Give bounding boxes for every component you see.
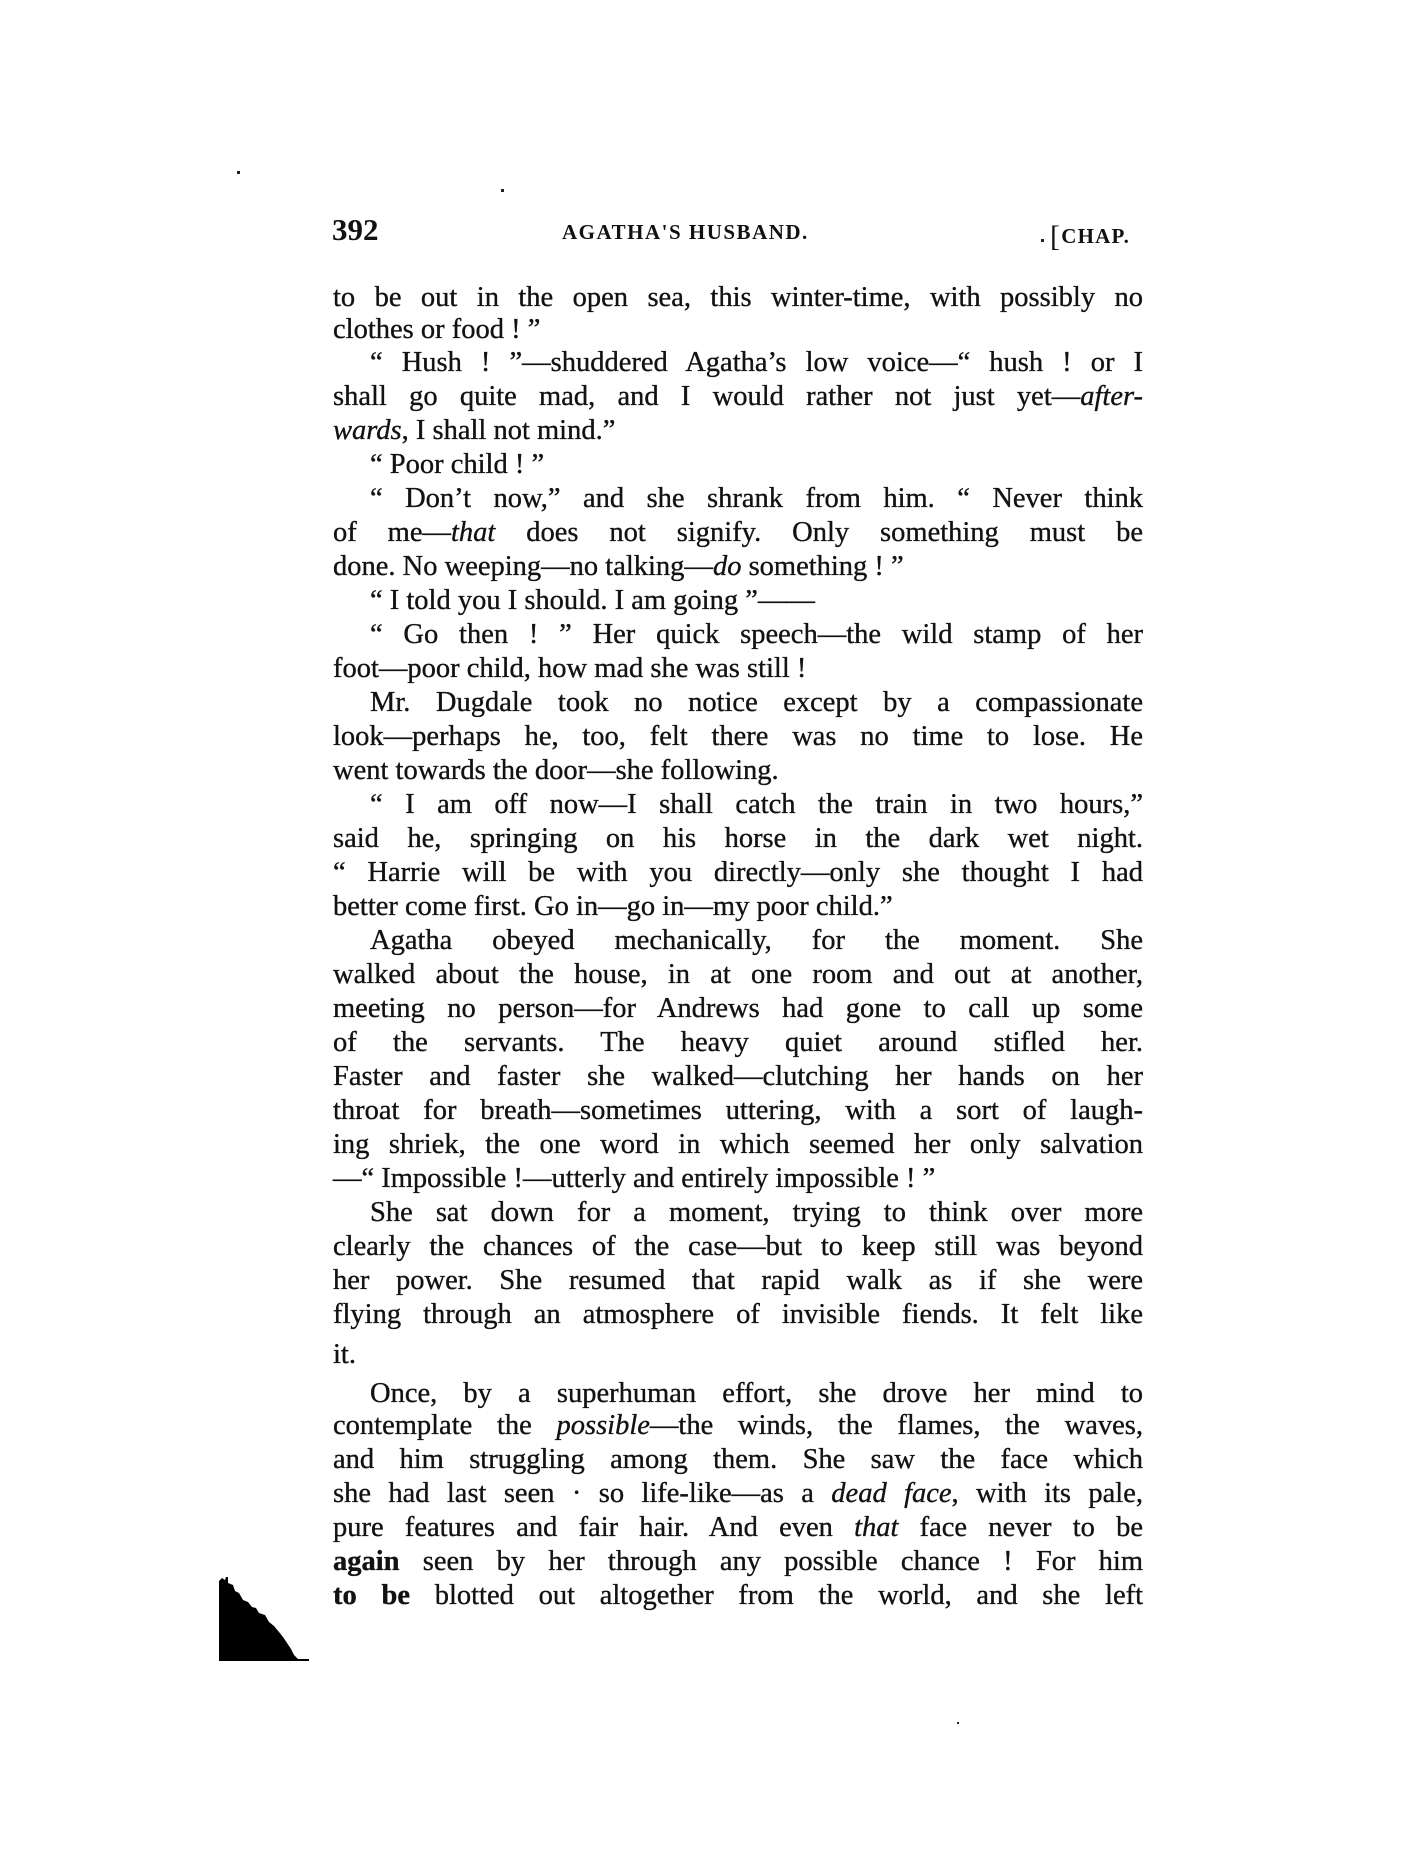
- text-line: throat for breath—sometimes uttering, wi…: [333, 1094, 1143, 1128]
- text-line: it.: [333, 1338, 1143, 1372]
- text-run: Faster and faster she walked—clutching h…: [333, 1061, 1143, 1092]
- text-run: foot—poor child, how mad she was still !: [333, 653, 806, 684]
- text-run: She sat down for a moment, trying to thi…: [370, 1197, 1143, 1228]
- text-line: Agatha obeyed mechanically, for the mome…: [370, 924, 1143, 958]
- text-run: , with its pale,: [952, 1478, 1143, 1509]
- text-run: said he, springing on his horse in the d…: [333, 823, 1143, 854]
- text-line: she had last seen · so life-like—as a de…: [333, 1477, 1143, 1511]
- text-run: pure features and fair hair. And even: [333, 1512, 854, 1543]
- text-run: done. No weeping—no talking—: [333, 551, 713, 582]
- text-line: meeting no person—for Andrews had gone t…: [333, 992, 1143, 1026]
- italic-run: after-: [1080, 381, 1143, 412]
- text-run: “ I am off now—I shall catch the train i…: [370, 789, 1143, 820]
- text-run: blotted out altogether from the world, a…: [410, 1580, 1143, 1611]
- text-run: —the winds, the flames, the waves,: [650, 1410, 1143, 1441]
- chapter-text: CHAP.: [1061, 224, 1130, 248]
- text-line: of me—that does not signify. Only someth…: [333, 516, 1143, 550]
- text-run: contemplate the: [333, 1410, 556, 1441]
- chapter-label: [CHAP.: [1050, 220, 1130, 254]
- italic-run: wards: [333, 415, 402, 446]
- text-run: “ Harrie will be with you directly—only …: [333, 857, 1143, 888]
- text-line: walked about the house, in at one room a…: [333, 958, 1143, 992]
- text-line: better come first. Go in—go in—my poor c…: [333, 890, 1143, 924]
- text-line: to be out in the open sea, this winter-t…: [333, 281, 1143, 315]
- text-line: “ Poor child ! ”: [370, 448, 1143, 482]
- text-run: her power. She resumed that rapid walk a…: [333, 1265, 1143, 1296]
- text-line: of the servants. The heavy quiet around …: [333, 1026, 1143, 1060]
- text-line: “ I told you I should. I am going ”——: [370, 584, 1143, 618]
- text-line: to be blotted out altogether from the wo…: [333, 1579, 1143, 1613]
- text-line: look—perhaps he, too, felt there was no …: [333, 720, 1143, 754]
- chapter-bracket: [: [1050, 220, 1061, 253]
- text-run: clothes or food ! ”: [333, 314, 540, 345]
- text-run: Mr. Dugdale took no notice except by a c…: [370, 687, 1143, 718]
- italic-run: dead face: [831, 1478, 951, 1509]
- running-title: AGATHA'S HUSBAND.: [562, 220, 809, 245]
- text-line: again seen by her through any possible c…: [333, 1545, 1143, 1579]
- text-run: face never to be: [898, 1512, 1143, 1543]
- text-line: foot—poor child, how mad she was still !: [333, 652, 1143, 686]
- text-run: clearly the chances of the case—but to k…: [333, 1231, 1143, 1262]
- text-run: “ I told you I should. I am going ”——: [370, 585, 815, 616]
- text-line: “ Hush ! ”—shuddered Agatha’s low voice—…: [370, 346, 1143, 380]
- bold-run: to be: [333, 1580, 410, 1611]
- text-line: and him struggling among them. She saw t…: [333, 1443, 1143, 1477]
- text-run: Agatha obeyed mechanically, for the mome…: [370, 925, 1143, 956]
- text-run: flying through an atmosphere of invisibl…: [333, 1299, 1143, 1330]
- text-run: better come first. Go in—go in—my poor c…: [333, 891, 893, 922]
- text-run: meeting no person—for Andrews had gone t…: [333, 993, 1143, 1024]
- text-line: shall go quite mad, and I would rather n…: [333, 380, 1143, 414]
- scan-speck: [237, 171, 240, 174]
- text-line: pure features and fair hair. And even th…: [333, 1511, 1143, 1545]
- italic-run: that: [451, 517, 495, 548]
- text-run: she had last seen · so life-like—as a: [333, 1478, 831, 1509]
- book-page: 392 AGATHA'S HUSBAND. [CHAP. to be out i…: [0, 0, 1401, 1851]
- scan-speck: [501, 189, 504, 192]
- text-line: “ Don’t now,” and she shrank from him. “…: [370, 482, 1143, 516]
- text-run: “ Don’t now,” and she shrank from him. “…: [370, 483, 1143, 514]
- text-line: “ Harrie will be with you directly—only …: [333, 856, 1143, 890]
- text-run: it.: [333, 1339, 356, 1370]
- text-run: look—perhaps he, too, felt there was no …: [333, 721, 1143, 752]
- text-line: said he, springing on his horse in the d…: [333, 822, 1143, 856]
- text-line: done. No weeping—no talking—do something…: [333, 550, 1143, 584]
- scan-speck: [1041, 239, 1044, 242]
- text-run: walked about the house, in at one room a…: [333, 959, 1143, 990]
- italic-run: do: [713, 551, 742, 582]
- italic-run: possible: [556, 1410, 649, 1441]
- text-line: flying through an atmosphere of invisibl…: [333, 1298, 1143, 1332]
- text-run: throat for breath—sometimes uttering, wi…: [333, 1095, 1143, 1126]
- text-line: contemplate the possible—the winds, the …: [333, 1409, 1143, 1443]
- scan-blot-mark: [219, 1577, 309, 1661]
- text-line: —“ Impossible !—utterly and entirely imp…: [333, 1162, 1143, 1196]
- text-run: ing shriek, the one word in which seemed…: [333, 1129, 1143, 1160]
- text-line: “ Go then ! ” Her quick speech—the wild …: [370, 618, 1143, 652]
- text-line: clothes or food ! ”: [333, 313, 1143, 347]
- text-line: went towards the door—she following.: [333, 754, 1143, 788]
- text-line: her power. She resumed that rapid walk a…: [333, 1264, 1143, 1298]
- text-line: Faster and faster she walked—clutching h…: [333, 1060, 1143, 1094]
- text-line: “ I am off now—I shall catch the train i…: [370, 788, 1143, 822]
- text-run: seen by her through any possible chance …: [400, 1546, 1143, 1577]
- text-run: of me—: [333, 517, 451, 548]
- text-run: shall go quite mad, and I would rather n…: [333, 381, 1080, 412]
- page-number: 392: [332, 212, 379, 248]
- text-line: wards, I shall not mind.”: [333, 414, 1143, 448]
- text-run: and him struggling among them. She saw t…: [333, 1444, 1143, 1475]
- text-line: ing shriek, the one word in which seemed…: [333, 1128, 1143, 1162]
- text-line: Mr. Dugdale took no notice except by a c…: [370, 686, 1143, 720]
- text-run: does not signify. Only something must be: [495, 517, 1143, 548]
- text-line: clearly the chances of the case—but to k…: [333, 1230, 1143, 1264]
- text-run: —“ Impossible !—utterly and entirely imp…: [333, 1163, 935, 1194]
- italic-run: that: [854, 1512, 898, 1543]
- scan-speck: [957, 1722, 959, 1724]
- bold-run: again: [333, 1546, 400, 1577]
- text-run: “ Hush ! ”—shuddered Agatha’s low voice—…: [370, 347, 1143, 378]
- text-run: “ Go then ! ” Her quick speech—the wild …: [370, 619, 1143, 650]
- text-run: to be out in the open sea, this winter-t…: [333, 282, 1143, 313]
- text-run: “ Poor child ! ”: [370, 449, 544, 480]
- text-run: something ! ”: [741, 551, 903, 582]
- text-run: went towards the door—she following.: [333, 755, 779, 786]
- text-line: Once, by a superhuman effort, she drove …: [370, 1377, 1143, 1411]
- text-run: , I shall not mind.”: [402, 415, 616, 446]
- text-run: Once, by a superhuman effort, she drove …: [370, 1378, 1143, 1409]
- text-run: of the servants. The heavy quiet around …: [333, 1027, 1143, 1058]
- text-line: She sat down for a moment, trying to thi…: [370, 1196, 1143, 1230]
